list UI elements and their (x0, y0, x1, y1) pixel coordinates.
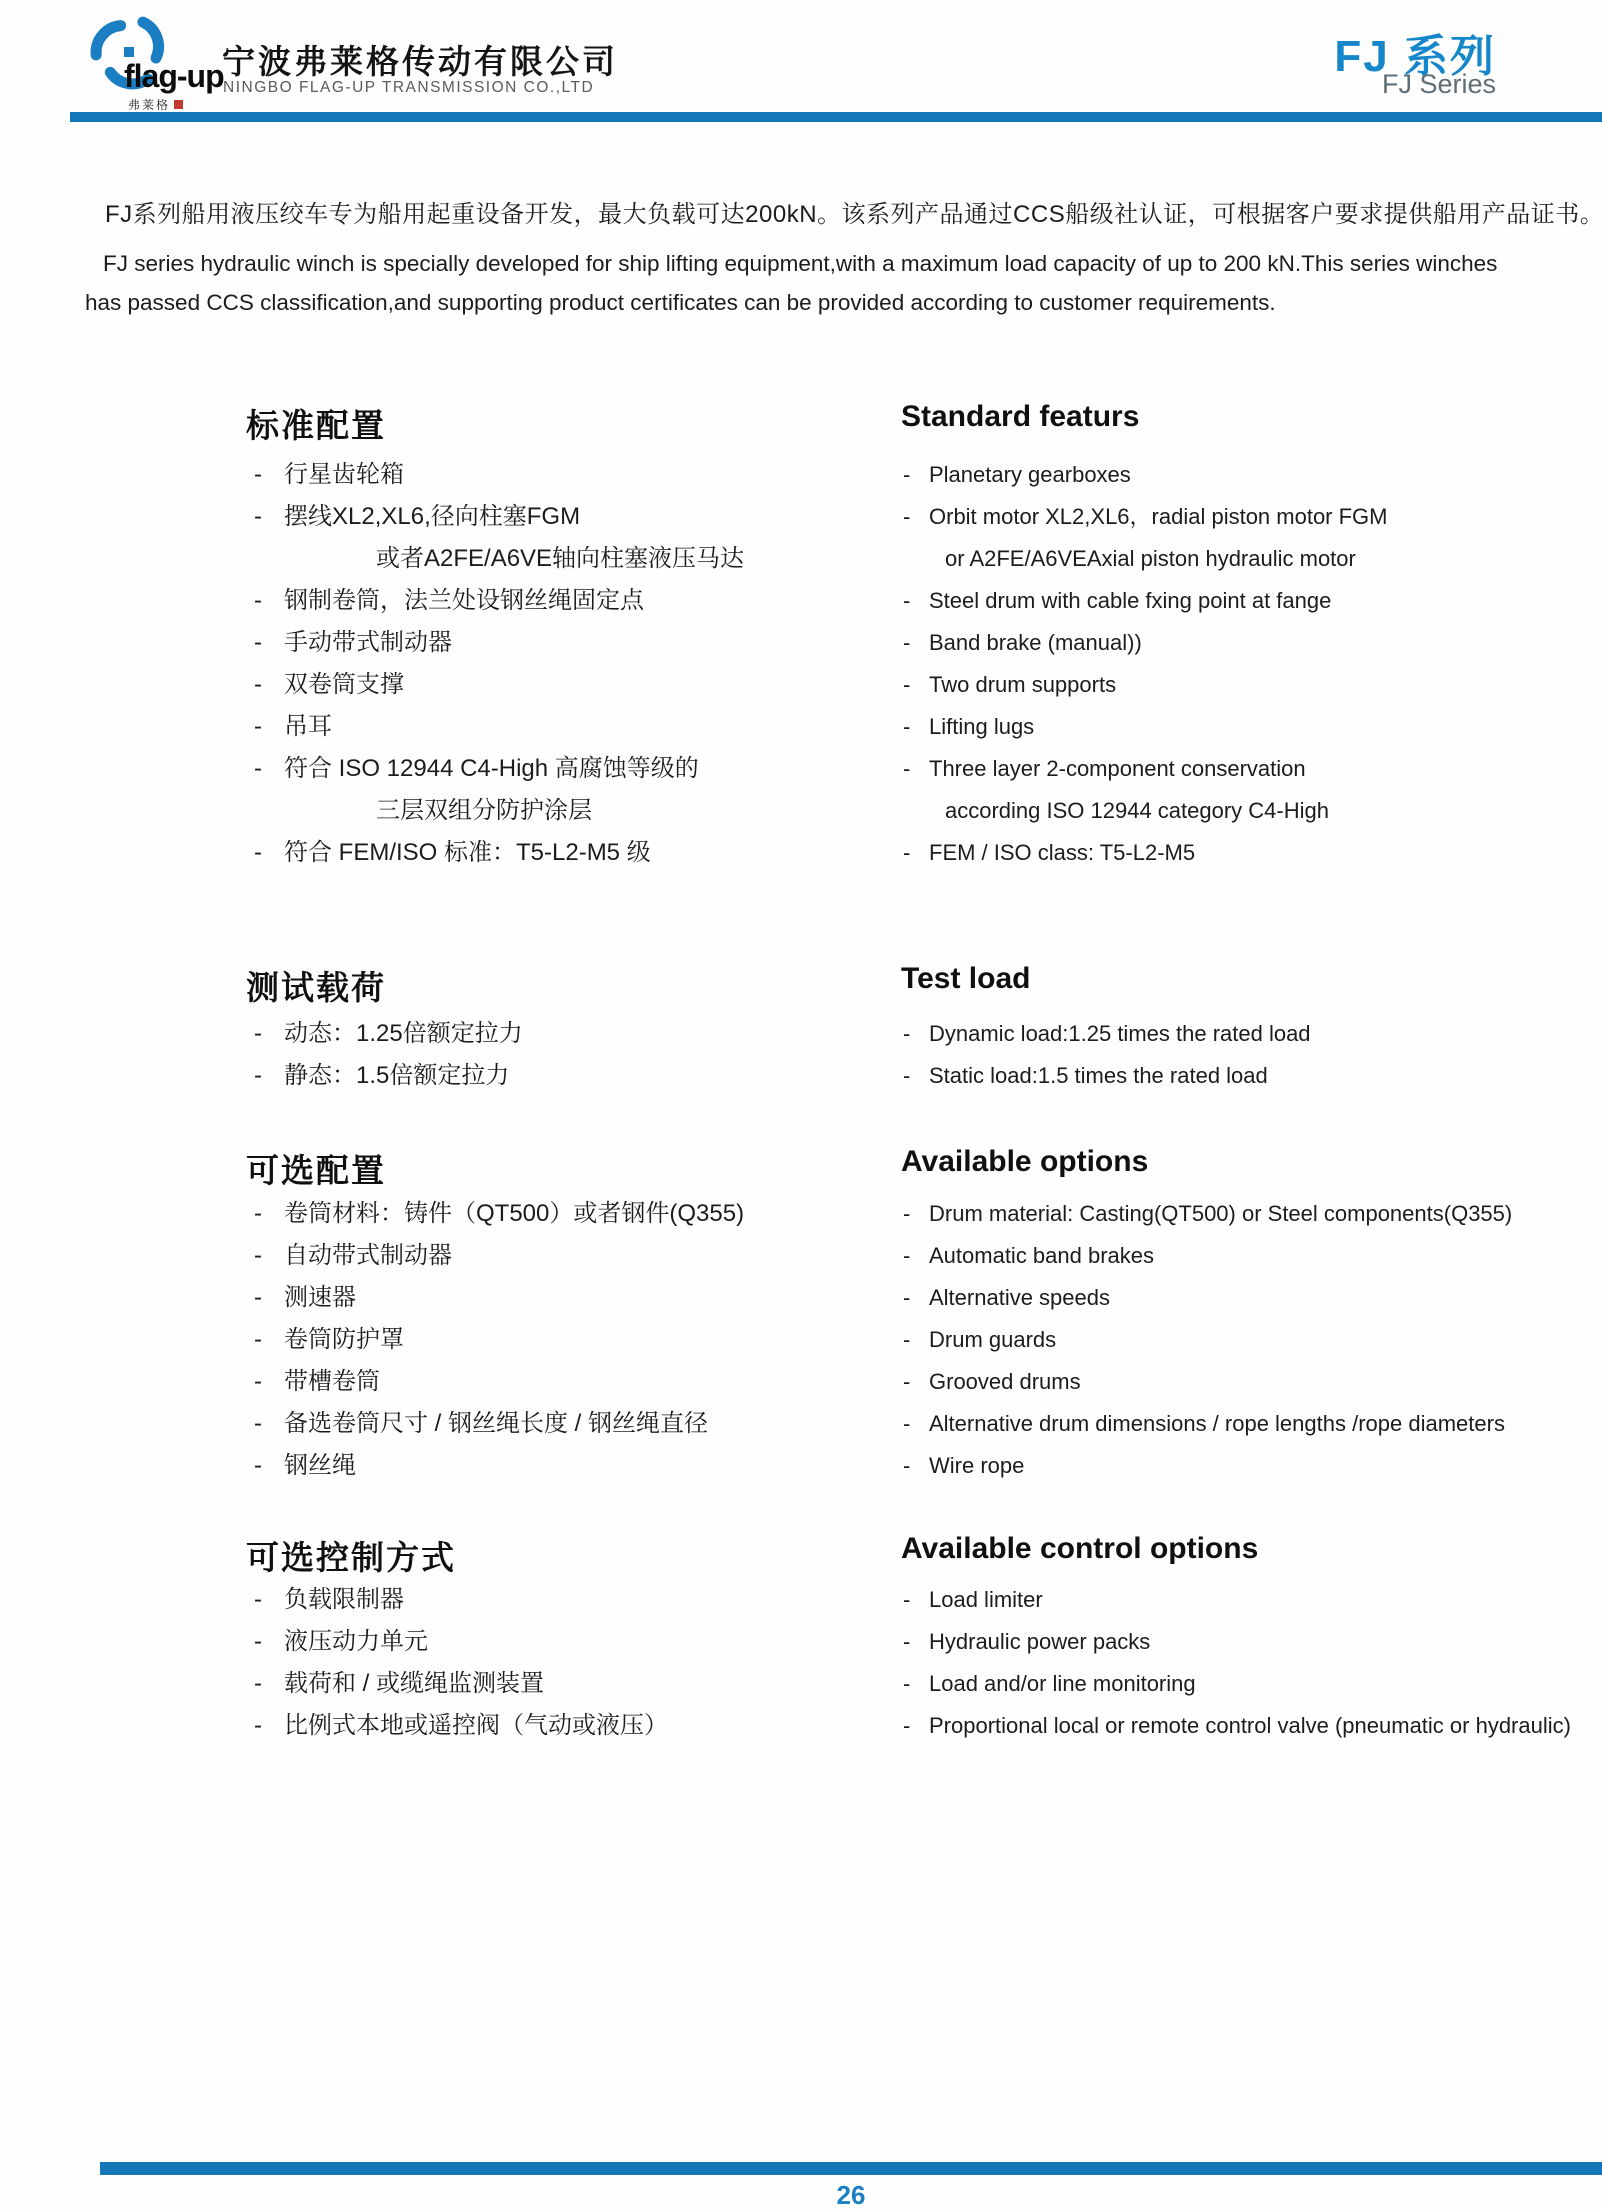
item-text: 载荷和 / 或缆绳监测装置 (284, 1670, 544, 1697)
dash-bullet: - (903, 1403, 910, 1445)
dash-bullet: - (903, 1445, 910, 1487)
item-text: Automatic band brakes (929, 1243, 1154, 1268)
list-item: -Steel drum with cable fxing point at fa… (901, 580, 1601, 622)
item-text: Static load:1.5 times the rated load (929, 1063, 1268, 1088)
dash-bullet: - (903, 1621, 910, 1663)
item-text: 静态：1.5倍额定拉力 (284, 1062, 509, 1089)
list-item: -负载限制器 (246, 1579, 894, 1621)
list-item: -行星齿轮箱 (246, 454, 894, 496)
list-item: -备选卷筒尺寸 / 钢丝绳长度 / 钢丝绳直径 (246, 1403, 894, 1445)
list-item: -符合 FEM/ISO 标准：T5-L2-M5 级 (246, 832, 894, 874)
control-options-list-zh: -负载限制器 -液压动力单元 -载荷和 / 或缆绳监测装置 -比例式本地或遥控阀… (246, 1579, 894, 1747)
item-text: 行星齿轮箱 (284, 461, 404, 488)
section-title-control-en: Available control options (901, 1532, 1258, 1566)
dash-bullet: - (254, 1445, 262, 1487)
item-text: according ISO 12944 category C4-High (945, 798, 1329, 823)
item-text: 或者A2FE/A6VE轴向柱塞液压马达 (376, 545, 744, 572)
list-item: -Band brake (manual)) (901, 622, 1601, 664)
list-item: -Lifting lugs (901, 706, 1601, 748)
test-load-list-en: -Dynamic load:1.25 times the rated load … (901, 1013, 1601, 1097)
dash-bullet: - (254, 832, 262, 874)
list-item: -带槽卷筒 (246, 1361, 894, 1403)
dash-bullet: - (254, 1663, 262, 1705)
item-text: 吊耳 (284, 713, 332, 740)
company-name-en: NINGBO FLAG-UP TRANSMISSION CO.,LTD (223, 79, 594, 97)
list-item: -Grooved drums (901, 1361, 1601, 1403)
footer-divider (100, 2162, 1602, 2175)
dash-bullet: - (903, 1013, 910, 1055)
page-number: 26 (100, 2180, 1602, 2210)
item-text: 液压动力单元 (284, 1628, 428, 1655)
company-name-zh: 宁波弗莱格传动有限公司 (222, 36, 618, 83)
dash-bullet: - (254, 454, 262, 496)
list-item: -Drum guards (901, 1319, 1601, 1361)
item-text: Three layer 2-component conservation (929, 756, 1306, 781)
item-text: 双卷筒支撑 (284, 671, 404, 698)
item-text: FEM / ISO class: T5-L2-M5 (929, 840, 1195, 865)
item-text: Wire rope (929, 1453, 1024, 1478)
list-item: -Three layer 2-component conservation (901, 748, 1601, 790)
item-text: Grooved drums (929, 1369, 1081, 1394)
item-text: Drum guards (929, 1327, 1056, 1352)
item-text: Dynamic load:1.25 times the rated load (929, 1021, 1311, 1046)
item-text: Planetary gearboxes (929, 462, 1131, 487)
list-item: -Hydraulic power packs (901, 1621, 1601, 1663)
list-item: -卷筒防护罩 (246, 1319, 894, 1361)
item-text: Two drum supports (929, 672, 1116, 697)
dash-bullet: - (254, 1705, 262, 1747)
item-text: 手动带式制动器 (284, 629, 452, 656)
list-item: -手动带式制动器 (246, 622, 894, 664)
item-text: Proportional local or remote control val… (929, 1713, 1571, 1738)
item-text: 负载限制器 (284, 1586, 404, 1613)
dash-bullet: - (254, 622, 262, 664)
list-item-continuation: or A2FE/A6VEAxial piston hydraulic motor (901, 538, 1601, 580)
dash-bullet: - (903, 1361, 910, 1403)
dash-bullet: - (903, 1319, 910, 1361)
section-title-testload-en: Test load (901, 962, 1030, 996)
dash-bullet: - (254, 748, 262, 790)
dash-bullet: - (903, 1235, 910, 1277)
intro-line-en-1: FJ series hydraulic winch is specially d… (103, 251, 1497, 277)
dash-bullet: - (254, 1193, 262, 1235)
list-item-continuation: 或者A2FE/A6VE轴向柱塞液压马达 (246, 538, 894, 580)
section-title-testload-zh: 测试载荷 (246, 962, 386, 1009)
item-text: 带槽卷筒 (284, 1368, 380, 1395)
intro-line-zh: FJ系列船用液压绞车专为船用起重设备开发，最大负载可达200kN。该系列产品通过… (105, 194, 1602, 229)
item-text: 动态：1.25倍额定拉力 (284, 1020, 523, 1047)
list-item: -载荷和 / 或缆绳监测装置 (246, 1663, 894, 1705)
list-item: -Load limiter (901, 1579, 1601, 1621)
item-text: 钢制卷筒，法兰处设钢丝绳固定点 (284, 587, 644, 614)
dash-bullet: - (903, 832, 910, 874)
section-title-standard-en: Standard featurs (901, 400, 1139, 434)
list-item: -Alternative drum dimensions / rope leng… (901, 1403, 1601, 1445)
list-item-continuation: 三层双组分防护涂层 (246, 790, 894, 832)
test-load-list-zh: -动态：1.25倍额定拉力 -静态：1.5倍额定拉力 (246, 1013, 894, 1097)
dash-bullet: - (254, 1403, 262, 1445)
dash-bullet: - (903, 1705, 910, 1747)
dash-bullet: - (254, 1361, 262, 1403)
dash-bullet: - (903, 496, 910, 538)
item-text: 三层双组分防护涂层 (376, 797, 592, 824)
item-text: 卷筒防护罩 (284, 1326, 404, 1353)
options-list-zh: -卷筒材料：铸件（QT500）或者钢件(Q355) -自动带式制动器 -测速器 … (246, 1193, 894, 1487)
list-item: -符合 ISO 12944 C4-High 高腐蚀等级的 (246, 748, 894, 790)
dash-bullet: - (254, 1013, 262, 1055)
intro-line-en-2: has passed CCS classification,and suppor… (85, 290, 1276, 316)
list-item: -静态：1.5倍额定拉力 (246, 1055, 894, 1097)
item-text: 比例式本地或遥控阀（气动或液压） (284, 1712, 668, 1739)
list-item: -Proportional local or remote control va… (901, 1705, 1601, 1747)
list-item: -Dynamic load:1.25 times the rated load (901, 1013, 1601, 1055)
standard-features-list-zh: -行星齿轮箱 -摆线XL2,XL6,径向柱塞FGM 或者A2FE/A6VE轴向柱… (246, 454, 894, 874)
item-text: Load limiter (929, 1587, 1043, 1612)
series-title-en: FJ Series (1382, 69, 1496, 100)
item-text: 卷筒材料：铸件（QT500）或者钢件(Q355) (284, 1200, 744, 1227)
list-item: -卷筒材料：铸件（QT500）或者钢件(Q355) (246, 1193, 894, 1235)
control-options-list-en: -Load limiter -Hydraulic power packs -Lo… (901, 1579, 1601, 1747)
dash-bullet: - (903, 748, 910, 790)
item-text: Orbit motor XL2,XL6，radial piston motor … (929, 504, 1388, 529)
item-text: 符合 FEM/ISO 标准：T5-L2-M5 级 (284, 839, 651, 866)
list-item: -吊耳 (246, 706, 894, 748)
list-item: -Planetary gearboxes (901, 454, 1601, 496)
logo-red-mark (174, 100, 183, 109)
dash-bullet: - (903, 1193, 910, 1235)
list-item: -钢制卷筒，法兰处设钢丝绳固定点 (246, 580, 894, 622)
item-text: Load and/or line monitoring (929, 1671, 1196, 1696)
item-text: Hydraulic power packs (929, 1629, 1150, 1654)
standard-features-list-en: -Planetary gearboxes -Orbit motor XL2,XL… (901, 454, 1601, 874)
catalog-page: flag-up 弗莱格 宁波弗莱格传动有限公司 NINGBO FLAG-UP T… (0, 0, 1602, 2210)
item-text: 自动带式制动器 (284, 1242, 452, 1269)
dash-bullet: - (903, 580, 910, 622)
dash-bullet: - (903, 664, 910, 706)
list-item: -测速器 (246, 1277, 894, 1319)
section-title-control-zh: 可选控制方式 (246, 1532, 456, 1579)
list-item: -动态：1.25倍额定拉力 (246, 1013, 894, 1055)
list-item: -Orbit motor XL2,XL6，radial piston motor… (901, 496, 1601, 538)
list-item: -比例式本地或遥控阀（气动或液压） (246, 1705, 894, 1747)
dash-bullet: - (254, 1277, 262, 1319)
list-item: -摆线XL2,XL6,径向柱塞FGM (246, 496, 894, 538)
item-text: Band brake (manual)) (929, 630, 1142, 655)
dash-bullet: - (903, 1277, 910, 1319)
dash-bullet: - (903, 1663, 910, 1705)
list-item: -钢丝绳 (246, 1445, 894, 1487)
section-title-options-zh: 可选配置 (246, 1145, 386, 1192)
item-text: Steel drum with cable fxing point at fan… (929, 588, 1331, 613)
dash-bullet: - (254, 706, 262, 748)
list-item-continuation: according ISO 12944 category C4-High (901, 790, 1601, 832)
dash-bullet: - (254, 1055, 262, 1097)
dash-bullet: - (254, 1319, 262, 1361)
dash-bullet: - (903, 1055, 910, 1097)
item-text: Lifting lugs (929, 714, 1034, 739)
list-item: -Alternative speeds (901, 1277, 1601, 1319)
dash-bullet: - (254, 1235, 262, 1277)
section-title-options-en: Available options (901, 1145, 1148, 1179)
dash-bullet: - (254, 1621, 262, 1663)
list-item: -Two drum supports (901, 664, 1601, 706)
dash-bullet: - (254, 664, 262, 706)
item-text: Alternative speeds (929, 1285, 1110, 1310)
dash-bullet: - (903, 622, 910, 664)
item-text: Alternative drum dimensions / rope lengt… (929, 1411, 1505, 1436)
list-item: -自动带式制动器 (246, 1235, 894, 1277)
list-item: -液压动力单元 (246, 1621, 894, 1663)
dash-bullet: - (903, 454, 910, 496)
list-item: -FEM / ISO class: T5-L2-M5 (901, 832, 1601, 874)
item-text: 符合 ISO 12944 C4-High 高腐蚀等级的 (284, 755, 699, 782)
section-title-standard-zh: 标准配置 (246, 400, 386, 447)
dash-bullet: - (903, 706, 910, 748)
list-item: -Automatic band brakes (901, 1235, 1601, 1277)
list-item: -双卷筒支撑 (246, 664, 894, 706)
dash-bullet: - (254, 496, 262, 538)
item-text: 备选卷筒尺寸 / 钢丝绳长度 / 钢丝绳直径 (284, 1410, 708, 1437)
item-text: 钢丝绳 (284, 1452, 356, 1479)
dash-bullet: - (254, 580, 262, 622)
dash-bullet: - (254, 1579, 262, 1621)
item-text: Drum material: Casting(QT500) or Steel c… (929, 1201, 1512, 1226)
logo-subtext-label: 弗莱格 (128, 98, 170, 112)
list-item: -Static load:1.5 times the rated load (901, 1055, 1601, 1097)
options-list-en: -Drum material: Casting(QT500) or Steel … (901, 1193, 1601, 1487)
item-text: or A2FE/A6VEAxial piston hydraulic motor (945, 546, 1356, 571)
dash-bullet: - (903, 1579, 910, 1621)
logo-subtext: 弗莱格 (128, 96, 183, 113)
logo-wordmark: flag-up (124, 58, 224, 95)
list-item: -Wire rope (901, 1445, 1601, 1487)
header-divider (70, 112, 1602, 122)
list-item: -Load and/or line monitoring (901, 1663, 1601, 1705)
item-text: 测速器 (284, 1284, 356, 1311)
item-text: 摆线XL2,XL6,径向柱塞FGM (284, 503, 580, 530)
list-item: -Drum material: Casting(QT500) or Steel … (901, 1193, 1601, 1235)
